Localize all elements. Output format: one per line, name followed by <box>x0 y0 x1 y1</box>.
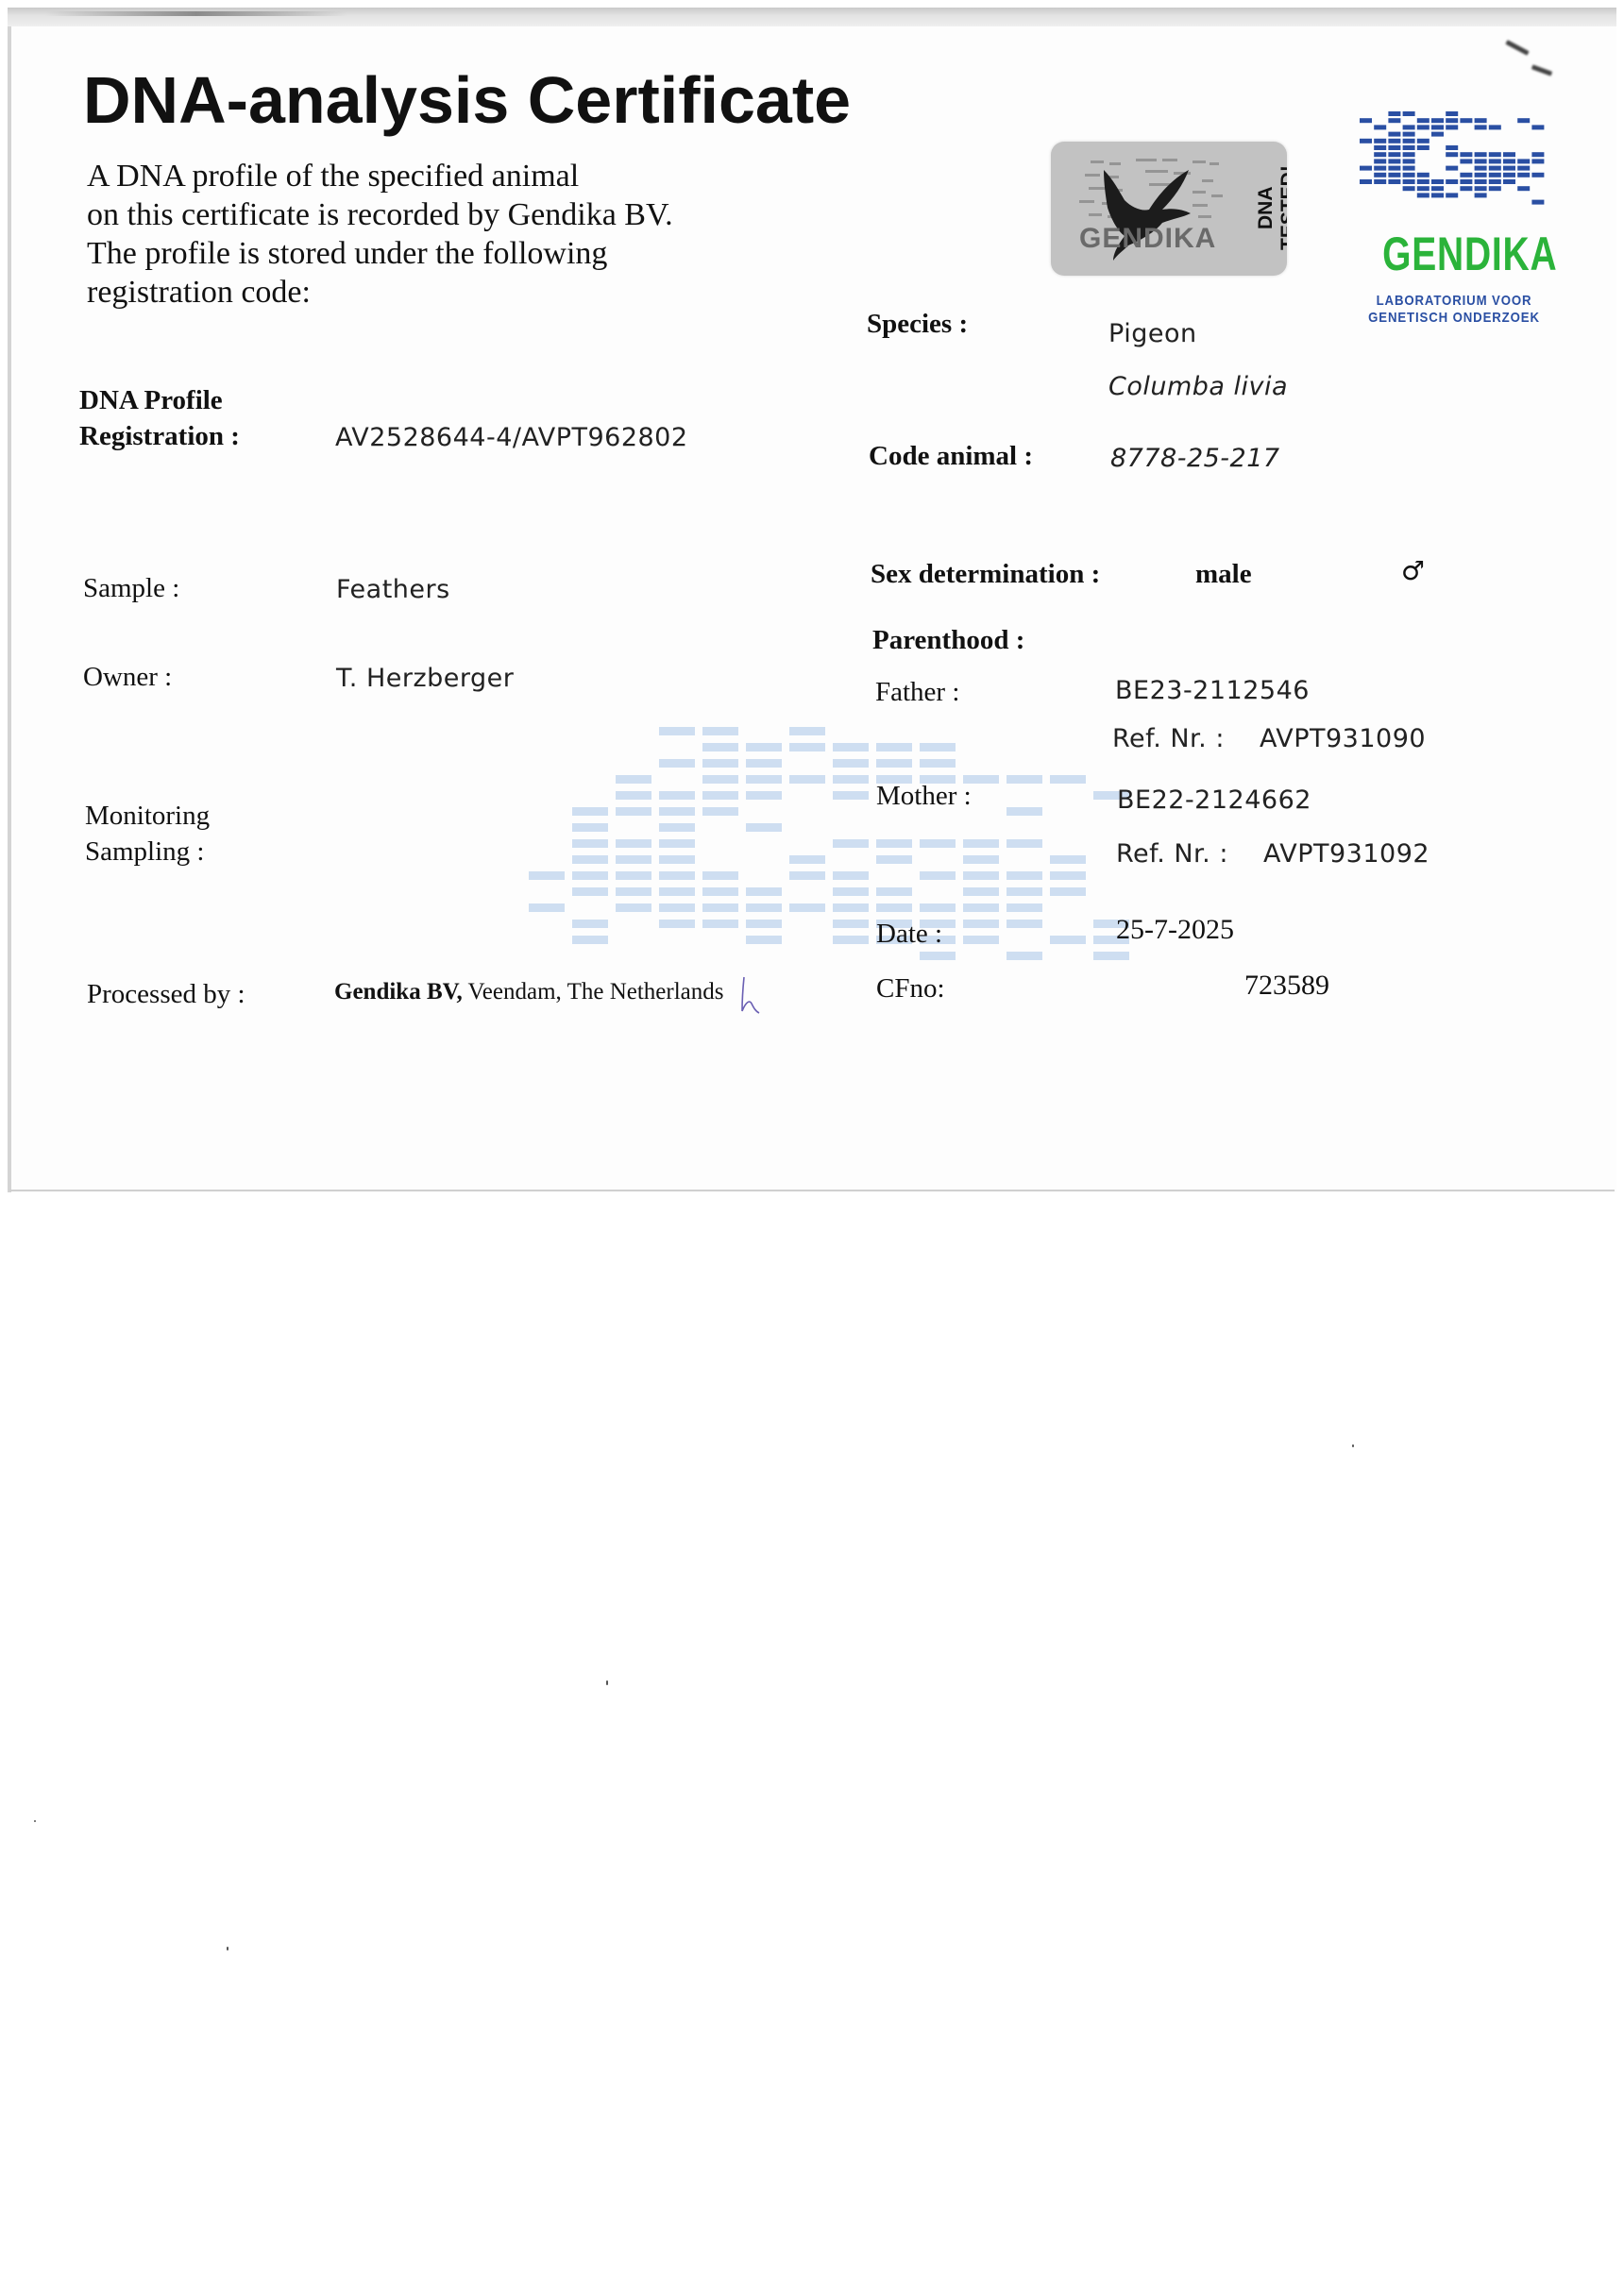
processed-by-location: Veendam, The Netherlands <box>463 979 724 1004</box>
processed-by-label: Processed by : <box>87 979 245 1010</box>
logo-subtitle-line1: LABORATORIUM VOOR <box>1362 293 1546 309</box>
intro-text: A DNA profile of the specified animal on… <box>87 157 673 312</box>
cfno-label: CFno: <box>876 973 945 1004</box>
owner-label: Owner : <box>83 662 172 693</box>
father-label: Father : <box>875 677 959 708</box>
code-animal-label: Code animal : <box>869 441 1033 472</box>
sample-label: Sample : <box>83 573 179 604</box>
page-title: DNA-analysis Certificate <box>83 62 851 138</box>
mother-ref-value: AVPT931092 <box>1263 839 1429 869</box>
processed-by-company: Gendika BV, <box>334 979 463 1004</box>
species-label: Species : <box>867 309 968 340</box>
father-ref-value: AVPT931090 <box>1260 724 1426 753</box>
species-latin-value: Columba livia <box>1108 372 1288 401</box>
parenthood-label: Parenthood : <box>872 625 1024 656</box>
dna-profile-label: DNA Profile <box>79 385 223 416</box>
intro-line: on this certificate is recorded by Gendi… <box>87 195 673 234</box>
sample-value: Feathers <box>336 575 450 604</box>
sampling-label: Sampling : <box>85 836 204 868</box>
date-label: Date : <box>876 919 942 950</box>
father-ring-value: BE23-2112546 <box>1115 676 1310 705</box>
owner-value: T. Herzberger <box>336 664 514 693</box>
scan-bottom-edge <box>9 1190 1615 1191</box>
monitoring-label: Monitoring <box>85 801 210 832</box>
sex-value: male <box>1195 559 1252 590</box>
date-value: 25-7-2025 <box>1116 914 1234 946</box>
code-animal-value: 8778-25-217 <box>1110 444 1280 473</box>
registration-value: AV2528644-4/AVPT962802 <box>335 423 688 452</box>
sticker-dna-tested: DNA TESTED! <box>1255 151 1279 264</box>
father-ref-label: Ref. Nr. : <box>1112 724 1225 753</box>
mother-ring-value: BE22-2124662 <box>1117 785 1311 815</box>
intro-line: A DNA profile of the specified animal <box>87 157 673 195</box>
scan-top-edge <box>8 8 1616 26</box>
scan-speck <box>227 1947 228 1950</box>
sex-determination-label: Sex determination : <box>871 559 1100 590</box>
intro-line: registration code: <box>87 273 673 312</box>
watermark-logo-icon <box>529 727 1133 1086</box>
sticker-brand: GENDIKA <box>1079 223 1216 255</box>
species-common-value: Pigeon <box>1108 319 1197 348</box>
cfno-value: 723589 <box>1244 970 1329 1002</box>
logo-subtitle-line2: GENETISCH ONDERZOEK <box>1362 310 1546 326</box>
scan-speck <box>606 1680 608 1685</box>
scan-speck <box>1352 1444 1354 1447</box>
signature-mark-icon <box>738 975 761 1015</box>
scan-speck <box>34 1820 36 1822</box>
intro-line: The profile is stored under the followin… <box>87 234 673 273</box>
mother-label: Mother : <box>876 781 972 812</box>
gendika-logo-icon <box>1360 111 1548 225</box>
pigeon-silhouette-icon <box>1051 142 1287 276</box>
registration-label: Registration : <box>79 421 240 452</box>
logo-name: GENDIKA <box>1382 227 1524 281</box>
mother-ref-label: Ref. Nr. : <box>1116 839 1228 869</box>
processed-by-value: Gendika BV, Veendam, The Netherlands <box>334 979 724 1005</box>
dna-tested-sticker: GENDIKA DNA TESTED! <box>1051 142 1287 276</box>
male-symbol-icon: ♂ <box>1401 555 1425 586</box>
